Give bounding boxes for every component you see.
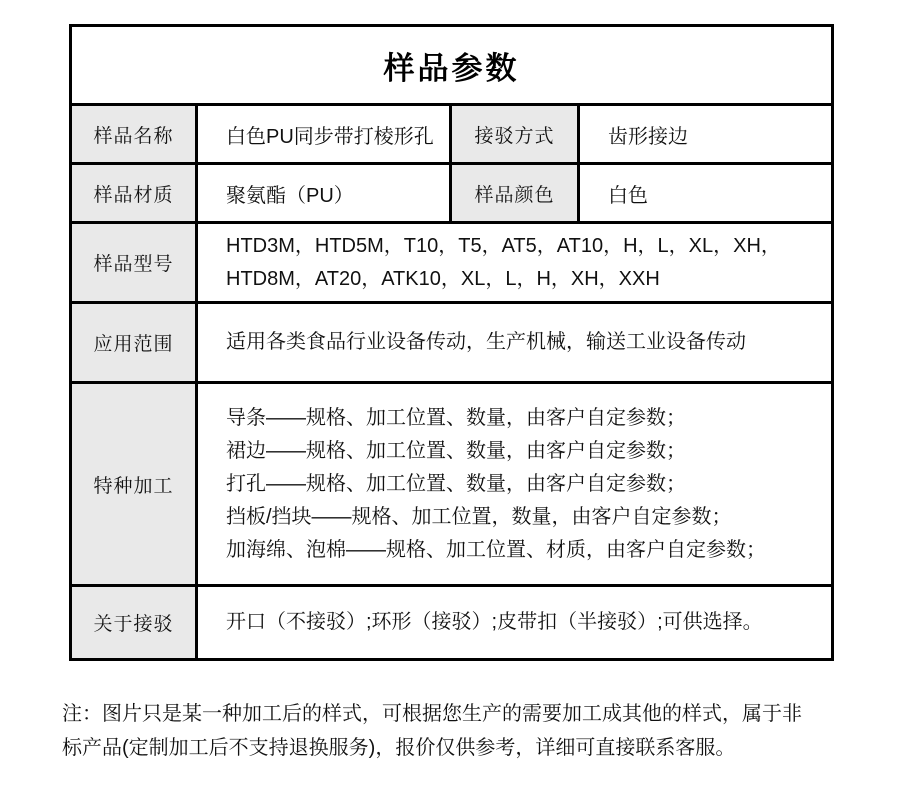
- footer-note-line-2: 标产品(定制加工后不支持退换服务)，报价仅供参考，详细可直接联系客服。: [62, 731, 872, 765]
- row-about-joint: 关于接驳 开口（不接驳）;环形（接驳）;皮带扣（半接驳）;可供选择。: [71, 586, 833, 660]
- value-joint-method: 齿形接边: [579, 105, 833, 164]
- row-sample-model: 样品型号 HTD3M，HTD5M，T10，T5，AT5，AT10，H，L，XL，…: [71, 223, 833, 303]
- label-sample-material: 样品材质: [71, 164, 197, 223]
- special-line-2: 裙边——规格、加工位置、数量，由客户自定参数；: [226, 435, 823, 468]
- label-special-processing: 特种加工: [71, 383, 197, 586]
- value-sample-material: 聚氨酯（PU）: [197, 164, 451, 223]
- page-title: 样品参数: [71, 26, 833, 105]
- label-sample-color: 样品颜色: [451, 164, 579, 223]
- footer-note-line-1: 注：图片只是某一种加工后的样式，可根据您生产的需要加工成其他的样式，属于非: [62, 697, 872, 731]
- special-line-4: 挡板/挡块——规格、加工位置，数量，由客户自定参数；: [226, 501, 823, 534]
- application-line-1: 适用各类食品行业设备传动，生产机械，输送工业设备传动: [226, 326, 823, 359]
- label-sample-name: 样品名称: [71, 105, 197, 164]
- title-row: 样品参数: [71, 26, 833, 105]
- special-line-5: 加海绵、泡棉——规格、加工位置、材质，由客户自定参数；: [226, 534, 823, 567]
- value-sample-model: HTD3M，HTD5M，T10，T5，AT5，AT10，H，L，XL，XH， H…: [197, 223, 833, 303]
- label-sample-model: 样品型号: [71, 223, 197, 303]
- row-special-processing: 特种加工 导条——规格、加工位置、数量，由客户自定参数； 裙边——规格、加工位置…: [71, 383, 833, 586]
- row-application-scope: 应用范围 适用各类食品行业设备传动，生产机械，输送工业设备传动: [71, 303, 833, 383]
- model-line-2: HTD8M，AT20，ATK10，XL，L，H，XH，XXH: [226, 263, 823, 296]
- value-application-scope: 适用各类食品行业设备传动，生产机械，输送工业设备传动: [197, 303, 833, 383]
- joint-line-1: 开口（不接驳）;环形（接驳）;皮带扣（半接驳）;可供选择。: [226, 606, 823, 639]
- footer-note: 注：图片只是某一种加工后的样式，可根据您生产的需要加工成其他的样式，属于非 标产…: [62, 697, 872, 765]
- value-sample-name: 白色PU同步带打棱形孔: [197, 105, 451, 164]
- value-sample-color: 白色: [579, 164, 833, 223]
- value-about-joint: 开口（不接驳）;环形（接驳）;皮带扣（半接驳）;可供选择。: [197, 586, 833, 660]
- row-sample-name: 样品名称 白色PU同步带打棱形孔 接驳方式 齿形接边: [71, 105, 833, 164]
- label-about-joint: 关于接驳: [71, 586, 197, 660]
- label-application-scope: 应用范围: [71, 303, 197, 383]
- special-line-1: 导条——规格、加工位置、数量，由客户自定参数；: [226, 402, 823, 435]
- spec-table: 样品参数 样品名称 白色PU同步带打棱形孔 接驳方式 齿形接边 样品材质 聚氨酯…: [69, 24, 834, 661]
- special-line-3: 打孔——规格、加工位置、数量，由客户自定参数；: [226, 468, 823, 501]
- row-sample-material: 样品材质 聚氨酯（PU） 样品颜色 白色: [71, 164, 833, 223]
- value-special-processing: 导条——规格、加工位置、数量，由客户自定参数； 裙边——规格、加工位置、数量，由…: [197, 383, 833, 586]
- label-joint-method: 接驳方式: [451, 105, 579, 164]
- model-line-1: HTD3M，HTD5M，T10，T5，AT5，AT10，H，L，XL，XH，: [226, 230, 823, 263]
